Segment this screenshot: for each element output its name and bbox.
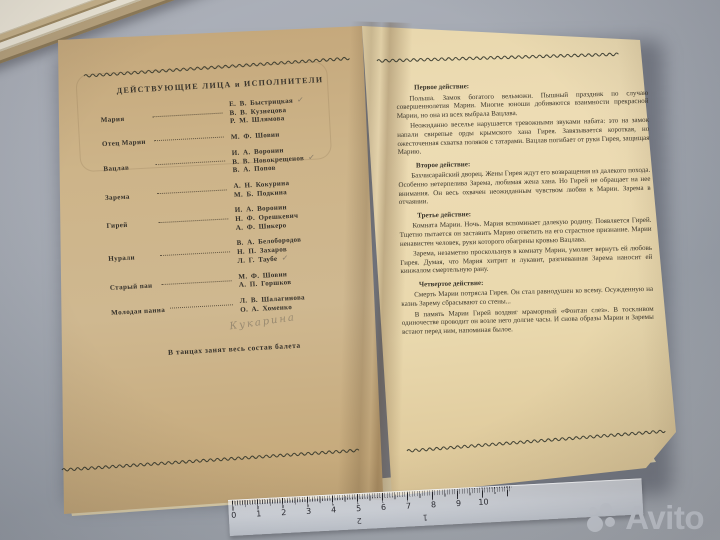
cast-performers: А. Н. КокуринаМ. Б. Подкина xyxy=(233,175,362,199)
ruler-number: 3 xyxy=(306,507,312,516)
ruler-number: 10 xyxy=(478,497,489,507)
cast-role-label: Нурали xyxy=(93,253,155,264)
pencil-check-icon: ✓ xyxy=(308,153,315,162)
ruler-number: 6 xyxy=(381,503,387,512)
avito-watermark-label: Avito xyxy=(625,501,704,534)
cast-performers: М. Ф. ШовинА. П. Горшков xyxy=(238,266,367,290)
ruler-number: 0 xyxy=(231,511,237,520)
dotted-leader xyxy=(158,218,228,223)
ruler-number: 8 xyxy=(431,500,437,509)
ruler-number: 2 xyxy=(281,508,287,517)
photo-of-theatre-programme: 01234567891021 ДЕЙСТВУЮЩИЕ ЛИЦА и ИСПОЛН… xyxy=(0,0,720,540)
ruler-number: 1 xyxy=(256,509,262,518)
pencil-check-icon: ✓ xyxy=(297,96,304,105)
ruler-number-inverted: 2 xyxy=(356,516,362,525)
act-block: Второе действие:Бахчисарайский дворец. Ж… xyxy=(398,156,651,207)
dotted-leader xyxy=(170,304,233,308)
cast-role-label: Старый пан xyxy=(95,282,157,293)
ruler-number: 7 xyxy=(406,501,412,510)
dotted-leader xyxy=(157,190,227,195)
cast-performers: И. А. ВоронинН. Ф. ОрешкевичА. Ф. Шикеро xyxy=(235,199,364,232)
cast-role-label: Гирей xyxy=(91,220,153,231)
ruler-number: 9 xyxy=(456,499,462,508)
avito-logo-icon xyxy=(587,503,618,533)
ruler-number-inverted: 1 xyxy=(422,513,428,522)
avito-watermark: Avito xyxy=(587,501,704,534)
act-paragraph: Польша. Замок богатого вельможи. Пышный … xyxy=(396,88,649,120)
cast-role-label: Молодая панна xyxy=(96,306,165,318)
act-paragraph: Неожиданно веселье нарушается тревожными… xyxy=(397,116,650,157)
synopsis-section: Первое действие:Польша. Замок богатого в… xyxy=(396,78,654,342)
ruler-number: 5 xyxy=(356,504,362,513)
act-paragraph: Комната Марии. Ночь. Мария вспоминает да… xyxy=(399,216,652,248)
cast-section: ДЕЙСТВУЮЩИЕ ЛИЦА и ИСПОЛНИТЕЛИ МарияЕ. В… xyxy=(84,73,370,361)
cast-role-label: Зарема xyxy=(90,191,152,202)
act-block: Четвертое действие:Смерть Марии потрясла… xyxy=(401,275,654,337)
act-paragraph: Зарема, незаметно проскользнув в комнату… xyxy=(400,244,653,276)
act-block: Третье действие:Комната Марии. Ночь. Мар… xyxy=(399,206,652,276)
cast-performers: В. А. БелобородовН. П. ЗахаровЛ. Г. Тауб… xyxy=(236,232,365,265)
act-block: Первое действие:Польша. Замок богатого в… xyxy=(396,78,650,157)
act-paragraph: В память Марии Гирей воздвиг мраморный «… xyxy=(402,304,655,336)
act-paragraph: Бахчисарайский дворец. Жены Гирея ждут е… xyxy=(398,166,651,207)
dotted-leader xyxy=(160,251,230,256)
pencil-impression-outline xyxy=(75,61,332,172)
dotted-leader xyxy=(162,280,232,285)
pencil-check-icon: ✓ xyxy=(281,254,288,263)
ruler-number: 4 xyxy=(331,505,337,514)
